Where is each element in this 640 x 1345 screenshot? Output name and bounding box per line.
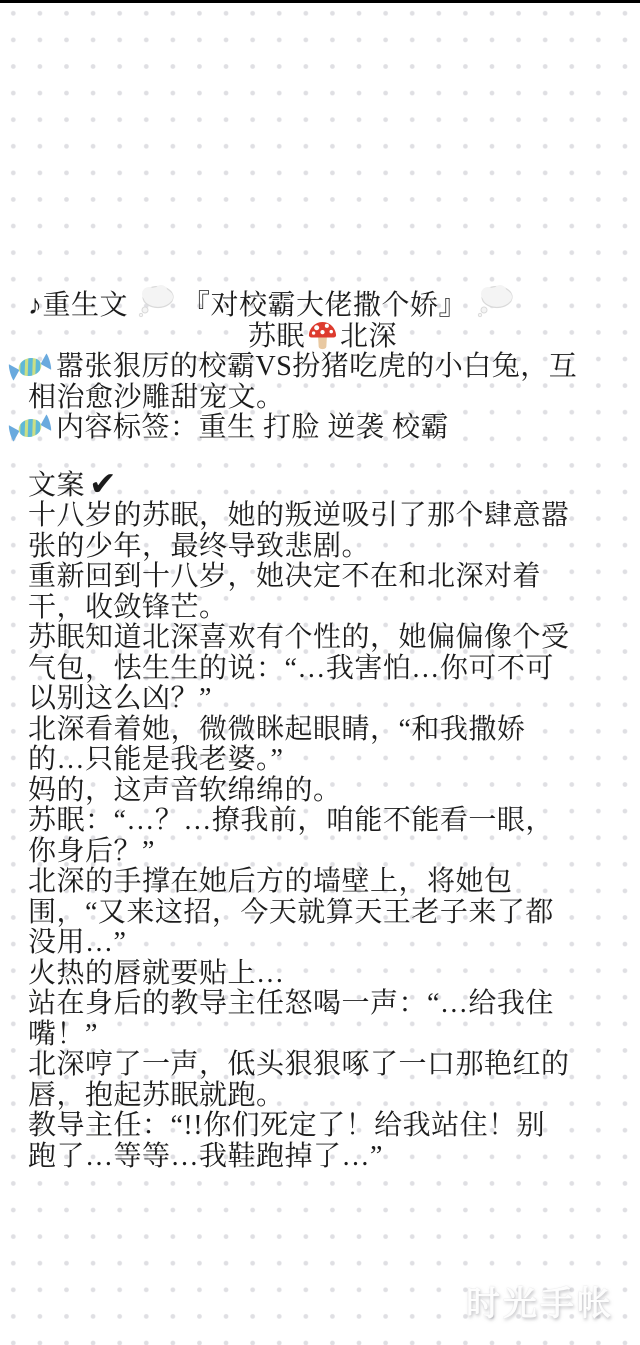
title-line: ♪重生文 『对校霸大佬撒个娇』 [28, 291, 634, 322]
synopsis-line: 北深的手撑在她后方的墙壁上，将她包 [28, 867, 634, 898]
top-border-bar [0, 0, 640, 3]
synopsis-line: 妈的，这声音软绵绵的。 [28, 776, 634, 807]
synopsis-line: 气包，怯生生的说：“…我害怕…你可不可 [28, 654, 634, 685]
mushroom-icon [307, 320, 338, 359]
note-content: ♪重生文 『对校霸大佬撒个娇』 苏眠 北深 嚣张狠厉的校霸VS扮猪吃虎的小白兔，… [28, 291, 634, 1172]
hero-name: 北深 [340, 322, 397, 353]
candy-icon [8, 349, 52, 393]
synopsis-line: 十八岁的苏眠，她的叛逆吸引了那个肆意嚣 [28, 501, 634, 532]
check-mark-icon: ✔ [89, 469, 117, 500]
synopsis-line: 苏眠知道北深喜欢有个性的，她偏偏像个受 [28, 623, 634, 654]
synopsis-section: 文案 ✔ 十八岁的苏眠，她的叛逆吸引了那个肆意嚣 张的少年，最终导致悲剧。 重新… [28, 471, 634, 1173]
synopsis-line: 北深看着她，微微眯起眼睛，“和我撒娇 [28, 715, 634, 746]
synopsis-line: 北深哼了一声，低头狠狠啄了一口那艳红的 [28, 1050, 634, 1081]
synopsis-heading-line: 文案 ✔ [28, 471, 634, 502]
synopsis-line: 嘴！” [28, 1020, 634, 1051]
synopsis-line: 唇，抱起苏眠就跑。 [28, 1081, 634, 1112]
thought-balloon-icon [473, 284, 515, 326]
synopsis-line: 你身后？” [28, 837, 634, 868]
synopsis-line: 火热的唇就要贴上… [28, 959, 634, 990]
book-title: 『对校霸大佬撒个娇』 [182, 291, 467, 322]
synopsis-line: 站在身后的教导主任怒喝一声：“…给我住 [28, 989, 634, 1020]
synopsis-line: 教导主任：“!!你们死定了！给我站住！别 [28, 1111, 634, 1142]
synopsis-line: 张的少年，最终导致悲剧。 [28, 532, 634, 563]
synopsis-line: 干，收敛锋芒。 [28, 593, 634, 624]
synopsis-line: 没用…” [28, 928, 634, 959]
synopsis-line: 重新回到十八岁，她决定不在和北深对着 [28, 562, 634, 593]
candy-icon [8, 410, 52, 454]
synopsis-line: 围，“又来这招，今天就算天王老子来了都 [28, 898, 634, 929]
tags-line: 内容标签：重生 打脸 逆袭 校霸 [28, 413, 634, 444]
synopsis-line: 以别这么凶？” [28, 684, 634, 715]
synopsis-line: 跑了…等等…我鞋跑掉了…” [28, 1142, 634, 1173]
tags-text: 内容标签：重生 打脸 逆袭 校霸 [56, 413, 449, 444]
recommendation-tag: ♪重生文 [28, 291, 128, 322]
synopsis-heading: 文案 [28, 471, 85, 502]
synopsis-line: 的…只能是我老婆。” [28, 745, 634, 776]
note-page: { "page": { "watermark": "时光手帐", "backgr… [0, 0, 640, 1345]
thought-balloon-icon [134, 284, 176, 326]
synopsis-line: 苏眠：“…？…撩我前，咱能不能看一眼， [28, 806, 634, 837]
heroine-name: 苏眠 [248, 322, 305, 353]
couple-line: 苏眠 北深 [28, 322, 634, 353]
app-watermark: 时光手帐 [466, 1276, 614, 1325]
pitch-line-2: 相治愈沙雕甜宠文。 [28, 383, 634, 414]
